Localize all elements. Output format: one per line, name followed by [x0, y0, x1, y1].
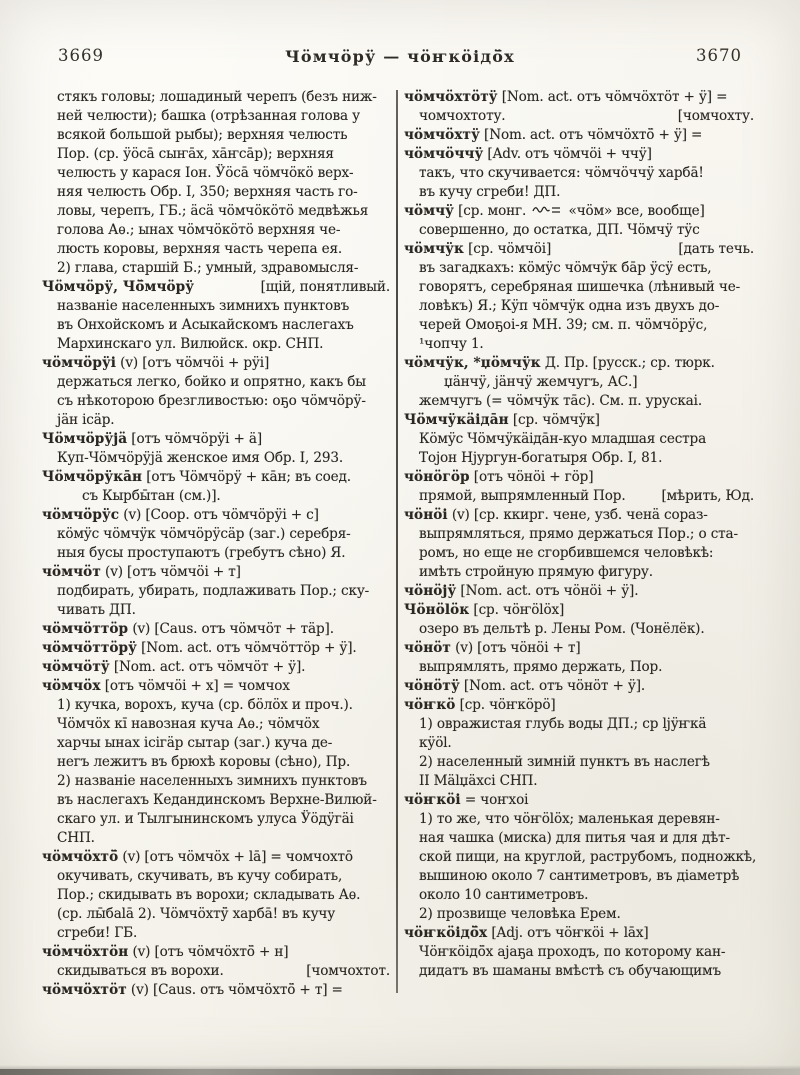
line-text: Тоjон Нjургун-богатыря Обр. I, 81.	[419, 450, 662, 466]
dictionary-line: чӧнӧт (v) [отъ чӧнӧі + т]	[404, 639, 756, 658]
line-text: СНП.	[57, 830, 95, 846]
dictionary-line: дидатъ въ шаманы вмѣстѣ съ обучающимъ	[404, 962, 756, 981]
line-text: негъ лежитъ въ брюхѣ коровы (сѣно), Пр.	[57, 754, 350, 770]
line-text: чӧмчӧччӱ [Adv. отъ чӧмчӧі + ччӱ]	[404, 146, 652, 162]
line-text: 1) то же, что чӧҥӧlӧх; маленькая деревян…	[419, 811, 720, 827]
dictionary-line: въ Онхойскомъ и Асыкайскомъ наслегахъ	[42, 316, 392, 335]
dictionary-line: такъ, что скучивается: чӧмчӧччӱ харба̄!	[404, 164, 756, 183]
dictionary-line: Чӧмчӧрӱ, Чӧ̄мчӧрӱ[щій, понятливый.	[42, 278, 392, 297]
headword: чӧҥкӧідӧ̄х	[404, 925, 487, 941]
dictionary-line: скидываться въ ворохи.[чомчохтот.	[42, 962, 392, 981]
line-text: ловы, черепъ, ГБ.; äсä чӧмчӧкӧтӧ медвѣжь…	[57, 203, 368, 219]
headword: чӧмчӧрӱс	[42, 507, 119, 523]
dictionary-line: чӧмчӧх [отъ чӧмчӧі + х] = чомчох	[42, 677, 392, 696]
dictionary-line: выпрямляться, прямо держаться Пор.; о ст…	[404, 525, 756, 544]
dictionary-line: чӧмчӧт (v) [отъ чӧмчӧі + т]	[42, 563, 392, 582]
line-text: чӧҥкӧідӧ̄х [Adj. отъ чӧҥкӧі + lа̄х]	[404, 925, 649, 941]
dictionary-line: ¹чопчу 1.	[404, 335, 756, 354]
line-text: Чӧмчӧрӱка̄н [отъ Чӧмчӧрӱ + ка̄н; въ соед…	[42, 469, 351, 485]
dictionary-line: названіе населенныхъ зимнихъ пунктовъ	[42, 297, 392, 316]
dictionary-line: харчы ынах ісігäр сытар (заг.) куча де-	[42, 734, 392, 753]
line-text: ромъ, но еще не сгорбившемся человѣкѣ:	[419, 545, 713, 561]
headword: Чӧнӧlӧк	[404, 602, 469, 618]
dictionary-line: люсть коровы, верхняя часть черепа ея.	[42, 240, 392, 259]
headword: Чӧмчӧрӱка̄н	[42, 469, 142, 485]
dictionary-line: Чӧмчӧрӱjä [отъ чӧмчӧрӱі + ä]	[42, 430, 392, 449]
dictionary-line: Кӧмӱс Чӧмчӱкäіда̄н-куо младшая сестра	[404, 430, 756, 449]
line-text: чӧмчӧхтӧтӱ [Nom. act. отъ чӧмчӧхтӧт + ӱ]…	[404, 89, 727, 105]
dictionary-line: кӱӧl.	[404, 734, 756, 753]
line-text: (ср. лы̄баlа̄ 2). Чӧмчӧхтӱ̄ харба̄! въ к…	[57, 906, 335, 922]
line-text: ской пищи, на круглой, раструбомъ, подно…	[419, 849, 756, 865]
line-text: выпрямлять, прямо держать, Пор.	[419, 659, 662, 675]
line-text: Чӧмчӧрӱ, Чӧ̄мчӧрӱ	[42, 278, 194, 297]
dictionary-line: чӧмчӱ [ср. монг. «чӧм» все, вообще]	[404, 202, 756, 221]
dictionary-line: съ нѣкоторою брезгливостью: оҕо чӧмчӧрӱ-	[42, 392, 392, 411]
dictionary-page: 3669 Чӧмчӧрӱ — чӧҥкӧідӧ̄х 3670 стякъ гол…	[0, 0, 800, 1075]
dictionary-line: жемчугъ (= чӧмчӱк та̄с). См. п. урускаі.	[404, 392, 756, 411]
line-text: чӧҥкӧі = чоҥхоі	[404, 792, 528, 808]
scan-edge	[0, 1069, 800, 1075]
line-text: озеро въ дельтѣ р. Лены Ром. (Чонёлёк).	[419, 621, 705, 637]
line-text: Мархинскаго ул. Вилюйск. окр. СНП.	[57, 336, 323, 352]
dictionary-line: озеро въ дельтѣ р. Лены Ром. (Чонёлёк).	[404, 620, 756, 639]
line-text: чомчохтоту.	[419, 107, 505, 126]
line-text: всякой большой рыбы); верхняя челюсть	[57, 127, 347, 143]
dictionary-line: сгреби! ГБ.	[42, 924, 392, 943]
line-text: чӧмчӧттӧр (v) [Caus. отъ чӧмчӧт + тäр].	[42, 621, 334, 637]
line-text: около 10 сантиметровъ.	[419, 887, 588, 903]
line-text: Кӧмӱс Чӧмчӱкäіда̄н-куо младшая сестра	[419, 431, 706, 447]
line-text: держаться легко, бойко и опрятно, какъ б…	[57, 374, 366, 390]
line-text: чӧмчӧхтӧн (v) [отъ чӧмчӧхтӧ̄ + н]	[42, 944, 288, 960]
column-divider	[396, 90, 398, 993]
dictionary-line: вышиною около 7 сантиметровъ, въ діаметр…	[404, 867, 756, 886]
line-text: Чӧмчӱкäіда̄н [ср. чӧмчӱк]	[404, 412, 600, 428]
dictionary-line: Мархинскаго ул. Вилюйск. окр. СНП.	[42, 335, 392, 354]
dictionary-line: чӧмчӧхтӧн (v) [отъ чӧмчӧхтӧ̄ + н]	[42, 943, 392, 962]
line-text: такъ, что скучивается: чӧмчӧччӱ харба̄!	[419, 165, 704, 181]
dictionary-line: чӧмчӧхтӧ̄ (v) [отъ чӧмчӧх + lа̄] = чомчо…	[42, 848, 392, 867]
line-text: имѣть стройную прямую фигуру.	[419, 564, 653, 580]
dictionary-line: челюсть у карася Іон. Ӱӧса̄ чӧмчӧкӧ верх…	[42, 164, 392, 183]
dictionary-line: около 10 сантиметровъ.	[404, 886, 756, 905]
headword: чӧмчӱк, *џӧмчӱк	[404, 355, 541, 371]
line-text: ловѣкъ) Я.; Кӱп чӧмчӱк одна изъ двухъ до…	[419, 298, 719, 314]
line-text: жемчугъ (= чӧмчӱк та̄с). См. п. урускаі.	[419, 393, 702, 409]
dictionary-line: 1) овражистая глубь воды ДП.; ср ljӱҥкä	[404, 715, 756, 734]
line-text: чӧнӧт (v) [отъ чӧнӧі + т]	[404, 640, 581, 656]
dictionary-line: 1) то же, что чӧҥӧlӧх; маленькая деревян…	[404, 810, 756, 829]
line-text: ная чашка (миска) для питья чая и для дѣ…	[419, 830, 730, 846]
line-text: ныя бусы проступаютъ (гребутъ сѣно) Я.	[57, 545, 345, 561]
catchword: [чомчохтот.	[298, 962, 390, 981]
column-left: стякъ головы; лошадиный черепъ (безъ ниж…	[42, 88, 392, 1000]
dictionary-line: Чӧмчӱкäіда̄н [ср. чӧмчӱк]	[404, 411, 756, 430]
dictionary-line: чӧмчӧхтӧтӱ [Nom. act. отъ чӧмчӧхтӧт + ӱ]…	[404, 88, 756, 107]
line-text: съ нѣкоторою брезгливостью: оҕо чӧмчӧрӱ-	[57, 393, 366, 409]
line-text: чӧнӧтӱ [Nom. act. отъ чӧнӧт + ӱ].	[404, 678, 645, 694]
line-text: 1) овражистая глубь воды ДП.; ср ljӱҥкä	[419, 716, 706, 732]
line-text: 2) населенный зимній пунктъ въ наслегѣ	[419, 754, 710, 770]
line-text: чӧнӧі (v) [ср. ккирг. чене, узб. ченä со…	[404, 507, 708, 523]
line-text: чӧмчӧт (v) [отъ чӧмчӧі + т]	[42, 564, 241, 580]
line-text: кӱӧl.	[419, 735, 452, 751]
dictionary-line: (ср. лы̄баlа̄ 2). Чӧмчӧхтӱ̄ харба̄! въ к…	[42, 905, 392, 924]
line-text: подбирать, убирать, подлаживать Пор.; ск…	[57, 583, 369, 599]
catchword: [мѣрить, Юд.	[653, 487, 754, 506]
catchword: [чомчохту.	[670, 107, 754, 126]
dictionary-line: кӧмӱс чӧмчӱк чӧмчӧрӱсäр (заг.) серебря-	[42, 525, 392, 544]
dictionary-line: СНП.	[42, 829, 392, 848]
headword: чӧнӧгӧр	[404, 469, 470, 485]
dictionary-line: Чӧнӧlӧк [ср. чӧҥӧlӧх]	[404, 601, 756, 620]
dictionary-line: чӧҥкӧідӧ̄х [Adj. отъ чӧҥкӧі + lа̄х]	[404, 924, 756, 943]
headword: чӧмчӧх	[42, 678, 101, 694]
dictionary-line: џäнчӱ, jäнчӱ жемчугъ, АС.]	[404, 373, 756, 392]
line-text: черей Омоҕоі-я МН. 39; см. п. чӧмчӧрӱс,	[419, 317, 707, 333]
line-text: чӧмчӱк, *џӧмчӱк Д. Пр. [русск.; ср. тюрк…	[404, 355, 715, 371]
headword: чӧмчӱк	[404, 241, 464, 257]
headword: Чӧмчӱкäіда̄н	[404, 412, 509, 428]
dictionary-line: Чӧмчӧх кі̄ навозная куча Аѳ.; чӧмчӧх	[42, 715, 392, 734]
line-text: Чӧмчӧх кі̄ навозная куча Аѳ.; чӧмчӧх	[57, 716, 319, 732]
headword: чӧмчӧттӧрӱ	[42, 640, 137, 656]
dictionary-line: въ загадкахъ: кӧмӱс чӧмчӱк ба̄р ӱсӱ есть…	[404, 259, 756, 278]
dictionary-line: Тоjон Нjургун-богатыря Обр. I, 81.	[404, 449, 756, 468]
dictionary-line: чӧмчӧттӧрӱ [Nom. act. отъ чӧмчӧттӧр + ӱ]…	[42, 639, 392, 658]
line-text: въ загадкахъ: кӧмӱс чӧмчӱк ба̄р ӱсӱ есть…	[419, 260, 711, 276]
dictionary-line: держаться легко, бойко и опрятно, какъ б…	[42, 373, 392, 392]
dictionary-line: окучивать, скучивать, въ кучу собирать,	[42, 867, 392, 886]
dictionary-line: ней челюсти); башка (отрѣзанная голова у	[42, 107, 392, 126]
line-text: говорятъ, серебряная шишечка (лѣнивый че…	[419, 279, 740, 295]
line-text: чӧмчӧрӱі (v) [отъ чӧмчӧі + рӱі]	[42, 355, 269, 371]
line-text: въ кучу сгреби! ДП.	[419, 184, 560, 200]
dictionary-line: чӧнӧjӱ [Nom. act. отъ чӧнӧі + ӱ].	[404, 582, 756, 601]
line-text: ¹чопчу 1.	[419, 336, 484, 352]
dictionary-line: 2) глава, старшій Б.; умный, здравомысля…	[42, 259, 392, 278]
line-text: съ Кырбы̄тан (см.)].	[82, 488, 221, 504]
headword: чӧмчӧччӱ	[404, 146, 483, 162]
dictionary-line: Пор. (ср. ӱӧса̄ сыҥа̄х, ха̄ҥса̄р); верхн…	[42, 145, 392, 164]
headword: чӧмчӧттӧр	[42, 621, 128, 637]
headword: чӧмчӧт	[42, 564, 101, 580]
line-text: прямой, выпрямленный Пор.	[419, 487, 626, 506]
dictionary-line: чӧнӧтӱ [Nom. act. отъ чӧнӧт + ӱ].	[404, 677, 756, 696]
headword: Чӧмчӧрӱ, Чӧ̄мчӧрӱ	[42, 279, 194, 295]
headword: чӧнӧі	[404, 507, 448, 523]
dictionary-line: чӧмчӧрӱі (v) [отъ чӧмчӧі + рӱі]	[42, 354, 392, 373]
headword: чӧнӧjӱ	[404, 583, 456, 599]
line-text: скаго ул. и Тылгынинскомъ улуса Ӱӧдӱгäі	[57, 811, 354, 827]
line-text: 2) названіе населенныхъ зимнихъ пунктовъ	[57, 773, 367, 789]
headword: чӧмчӧхтӧ̄	[42, 849, 118, 865]
line-text: въ наслегахъ Кедандинскомъ Верхне-Вилюй-	[57, 792, 377, 808]
line-text: чӧнӧгӧр [отъ чӧнӧі + гӧр]	[404, 469, 593, 485]
dictionary-line: Пор.; скидывать въ ворохи; складывать Аѳ…	[42, 886, 392, 905]
dictionary-line: чӧмчӧрӱс (v) [Соор. отъ чӧмчӧрӱі + с]	[42, 506, 392, 525]
dictionary-line: чӧнӧі (v) [ср. ккирг. чене, узб. ченä со…	[404, 506, 756, 525]
line-text: чӧмчӧттӧрӱ [Nom. act. отъ чӧмчӧттӧр + ӱ]…	[42, 640, 357, 656]
dictionary-line: чӧмчӧччӱ [Adv. отъ чӧмчӧі + ччӱ]	[404, 145, 756, 164]
line-text: дидатъ въ шаманы вмѣстѣ съ обучающимъ	[419, 963, 721, 979]
line-text: выпрямляться, прямо держаться Пор.; о ст…	[419, 526, 738, 542]
dictionary-line: прямой, выпрямленный Пор.[мѣрить, Юд.	[404, 487, 756, 506]
dictionary-line: 2) прозвище человѣка Ерем.	[404, 905, 756, 924]
catchword: [щій, понятливый.	[253, 278, 390, 297]
dictionary-line: 2) названіе населенныхъ зимнихъ пунктовъ	[42, 772, 392, 791]
dictionary-line: II Мälџäхсі СНП.	[404, 772, 756, 791]
headword: чӧмчӧхтӧн	[42, 944, 128, 960]
dictionary-line: ловѣкъ) Я.; Кӱп чӧмчӱк одна изъ двухъ до…	[404, 297, 756, 316]
dictionary-line: стякъ головы; лошадиный черепъ (безъ ниж…	[42, 88, 392, 107]
line-text: стякъ головы; лошадиный черепъ (безъ ниж…	[57, 89, 377, 105]
headword: чӧмчӧхтӱ	[404, 127, 480, 143]
line-text: вышиною около 7 сантиметровъ, въ діаметр…	[419, 868, 739, 884]
dictionary-line: совершенно, до остатка, ДП. Чӧмчӱ тӱс	[404, 221, 756, 240]
dictionary-line: въ кучу сгреби! ДП.	[404, 183, 756, 202]
dictionary-line: чомчохтоту.[чомчохту.	[404, 107, 756, 126]
line-text: няя челюсть Обр. I, 350; верхняя часть г…	[57, 184, 358, 200]
dictionary-line: выпрямлять, прямо держать, Пор.	[404, 658, 756, 677]
headword: чӧмчӧхтӧт	[42, 982, 127, 998]
line-text: чӧмчӧрӱс (v) [Соор. отъ чӧмчӧрӱі + с]	[42, 507, 319, 523]
dictionary-line: всякой большой рыбы); верхняя челюсть	[42, 126, 392, 145]
dictionary-line: чӧнӧгӧр [отъ чӧнӧі + гӧр]	[404, 468, 756, 487]
dictionary-line: имѣть стройную прямую фигуру.	[404, 563, 756, 582]
line-text: Пор. (ср. ӱӧса̄ сыҥа̄х, ха̄ҥса̄р); верхн…	[57, 146, 334, 162]
line-text: 2) глава, старшій Б.; умный, здравомысля…	[57, 260, 358, 276]
headword: чӧмчӧрӱі	[42, 355, 116, 371]
page-number-right: 3670	[688, 46, 742, 65]
dictionary-line: скаго ул. и Тылгынинскомъ улуса Ӱӧдӱгäі	[42, 810, 392, 829]
dictionary-line: чивать ДП.	[42, 601, 392, 620]
line-text: jäн ісäр.	[57, 412, 114, 428]
line-text: чӧмчӧхтӧт (v) [Caus. отъ чӧмчӧхтӧ̄ + т] …	[42, 982, 343, 998]
line-text: Куп-Чӧмчӧрӱjä женское имя Обр. I, 293.	[57, 450, 343, 466]
line-text: въ Онхойскомъ и Асыкайскомъ наслегахъ	[57, 317, 354, 333]
line-text: II Мälџäхсі СНП.	[419, 773, 537, 789]
dictionary-line: подбирать, убирать, подлаживать Пор.; ск…	[42, 582, 392, 601]
line-text: чӧмчӧх [отъ чӧмчӧі + х] = чомчох	[42, 678, 290, 694]
dictionary-line: Куп-Чӧмчӧрӱjä женское имя Обр. I, 293.	[42, 449, 392, 468]
line-text: чӧмчӧхтӧ̄ (v) [отъ чӧмчӧх + lа̄] = чомчо…	[42, 849, 353, 865]
line-text: чӧҥкӧ [ср. чӧҥкӧрӧ]	[404, 697, 556, 713]
running-title: Чӧмчӧрӱ — чӧҥкӧідӧ̄х	[0, 47, 800, 66]
dictionary-line: 1) кучка, ворохъ, куча (ср. бӧлӧх и проч…	[42, 696, 392, 715]
mongolian-script-glyph	[532, 204, 562, 216]
dictionary-line: чӧмчӧхтӱ [Nom. act. отъ чӧмчӧхтӧ̄ + ӱ] =	[404, 126, 756, 145]
dictionary-line: голова Аѳ.; ынах чӧмчӧкӧтӧ верхняя че-	[42, 221, 392, 240]
line-text: Чӧнӧlӧк [ср. чӧҥӧlӧх]	[404, 602, 564, 618]
dictionary-line: ловы, черепъ, ГБ.; äсä чӧмчӧкӧтӧ медвѣжь…	[42, 202, 392, 221]
headword: чӧҥкӧі	[404, 792, 461, 808]
line-text: чӧмчӱ [ср. монг. «чӧм» все, вообще]	[404, 203, 705, 219]
dictionary-line: чӧҥкӧ [ср. чӧҥкӧрӧ]	[404, 696, 756, 715]
dictionary-line: jäн ісäр.	[42, 411, 392, 430]
dictionary-line: ныя бусы проступаютъ (гребутъ сѣно) Я.	[42, 544, 392, 563]
dictionary-line: чӧҥкӧі = чоҥхоі	[404, 791, 756, 810]
headword: чӧнӧтӱ	[404, 678, 460, 694]
line-text: названіе населенныхъ зимнихъ пунктовъ	[57, 298, 349, 314]
line-text: харчы ынах ісігäр сытар (заг.) куча де-	[57, 735, 332, 751]
dictionary-line: чӧмчӧттӧр (v) [Caus. отъ чӧмчӧт + тäр].	[42, 620, 392, 639]
line-text: чӧмчӧхтӱ [Nom. act. отъ чӧмчӧхтӧ̄ + ӱ] =	[404, 127, 702, 143]
headword: чӧмчӧхтӧтӱ	[404, 89, 498, 105]
headword: чӧмчӧтӱ	[42, 659, 110, 675]
line-text: чӧмчӧтӱ [Nom. act. отъ чӧмчӧт + ӱ].	[42, 659, 305, 675]
line-text: Чӧмчӧрӱjä [отъ чӧмчӧрӱі + ä]	[42, 431, 262, 447]
dictionary-line: 2) населенный зимній пунктъ въ наслегѣ	[404, 753, 756, 772]
line-text: голова Аѳ.; ынах чӧмчӧкӧтӧ верхняя че-	[57, 222, 340, 238]
dictionary-line: черей Омоҕоі-я МН. 39; см. п. чӧмчӧрӱс,	[404, 316, 756, 335]
line-text: чӧнӧjӱ [Nom. act. отъ чӧнӧі + ӱ].	[404, 583, 638, 599]
dictionary-line: няя челюсть Обр. I, 350; верхняя часть г…	[42, 183, 392, 202]
line-text: ней челюсти); башка (отрѣзанная голова у	[57, 108, 360, 124]
headword: чӧҥкӧ	[404, 697, 455, 713]
column-right: чӧмчӧхтӧтӱ [Nom. act. отъ чӧмчӧхтӧт + ӱ]…	[404, 88, 756, 981]
dictionary-line: чӧмчӱк, *џӧмчӱк Д. Пр. [русск.; ср. тюрк…	[404, 354, 756, 373]
dictionary-line: въ наслегахъ Кедандинскомъ Верхне-Вилюй-	[42, 791, 392, 810]
dictionary-line: чӧмчӧхтӧт (v) [Caus. отъ чӧмчӧхтӧ̄ + т] …	[42, 981, 392, 1000]
dictionary-line: ской пищи, на круглой, раструбомъ, подно…	[404, 848, 756, 867]
line-text: совершенно, до остатка, ДП. Чӧмчӱ тӱс	[419, 222, 700, 238]
headword: Чӧмчӧрӱjä	[42, 431, 127, 447]
dictionary-line: ная чашка (миска) для питья чая и для дѣ…	[404, 829, 756, 848]
line-text: скидываться въ ворохи.	[57, 962, 224, 981]
dictionary-line: съ Кырбы̄тан (см.)].	[42, 487, 392, 506]
dictionary-line: Чӧҥкӧідӧ̄х аjаҕа проходъ, по которому ка…	[404, 943, 756, 962]
dictionary-line: Чӧмчӧрӱка̄н [отъ Чӧмчӧрӱ + ка̄н; въ соед…	[42, 468, 392, 487]
line-text: люсть коровы, верхняя часть черепа ея.	[57, 241, 342, 257]
line-text: Пор.; скидывать въ ворохи; складывать Аѳ…	[57, 887, 360, 903]
line-text: 2) прозвище человѣка Ерем.	[419, 906, 621, 922]
page-header: 3669 Чӧмчӧрӱ — чӧҥкӧідӧ̄х 3670	[0, 46, 800, 70]
dictionary-line: негъ лежитъ въ брюхѣ коровы (сѣно), Пр.	[42, 753, 392, 772]
headword: чӧнӧт	[404, 640, 451, 656]
line-text: окучивать, скучивать, въ кучу собирать,	[57, 868, 342, 884]
line-text: сгреби! ГБ.	[57, 925, 137, 941]
catchword: [дать течь.	[670, 240, 754, 259]
dictionary-line: чӧмчӧтӱ [Nom. act. отъ чӧмчӧт + ӱ].	[42, 658, 392, 677]
line-text: Чӧҥкӧідӧ̄х аjаҕа проходъ, по которому ка…	[419, 944, 725, 960]
line-text: кӧмӱс чӧмчӱк чӧмчӧрӱсäр (заг.) серебря-	[57, 526, 351, 542]
dictionary-line: говорятъ, серебряная шишечка (лѣнивый че…	[404, 278, 756, 297]
headword: чӧмчӱ	[404, 203, 454, 219]
line-text: чивать ДП.	[57, 602, 136, 618]
line-text: 1) кучка, ворохъ, куча (ср. бӧлӧх и проч…	[57, 697, 353, 713]
line-text: челюсть у карася Іон. Ӱӧса̄ чӧмчӧкӧ верх…	[57, 165, 353, 181]
line-text: џäнчӱ, jäнчӱ жемчугъ, АС.]	[444, 374, 637, 390]
dictionary-line: ромъ, но еще не сгорбившемся человѣкѣ:	[404, 544, 756, 563]
line-text: чӧмчӱк [ср. чӧмчӧі]	[404, 240, 551, 259]
dictionary-line: чӧмчӱк [ср. чӧмчӧі][дать течь.	[404, 240, 756, 259]
